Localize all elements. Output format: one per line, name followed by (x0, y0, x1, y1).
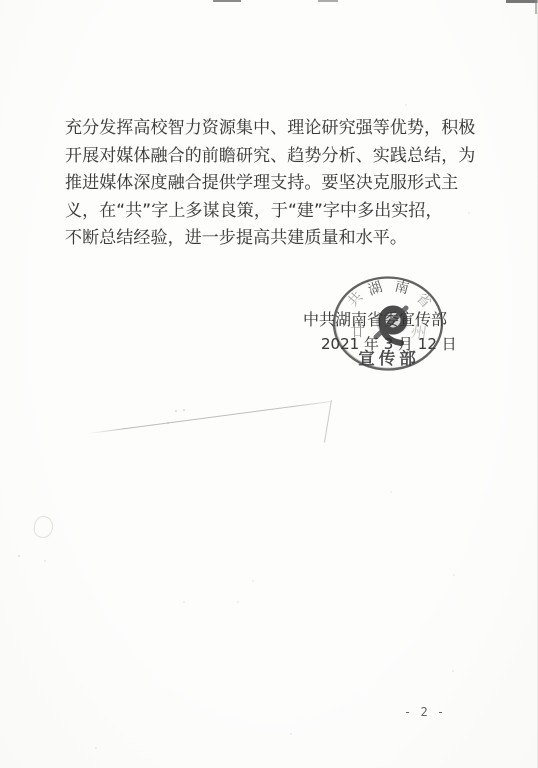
body-text-line: 不断总结经验，进一步提高共建质量和水平。 (65, 225, 477, 253)
scan-speck (290, 733, 292, 735)
scan-speck (453, 574, 455, 576)
body-text-line: 开展对媒体融合的前瞻研究、趋势分析、实践总结，为 (65, 143, 477, 171)
scan-speck (175, 410, 177, 412)
seal-arc-char: 省 (413, 289, 435, 311)
official-seal-stamp: 共 湖 南 省 廿 州 宣传部 (331, 275, 447, 373)
seal-left-smudge-mark: 廿 (350, 322, 365, 340)
scan-speck (183, 601, 185, 603)
scan-speck (405, 104, 407, 106)
scan-speck (452, 670, 454, 672)
body-text-line: 义，在“共”字上多谋良策，于“建”字中多出实招， (65, 198, 477, 226)
scan-speck (390, 491, 392, 493)
hammer-sickle-emblem (376, 308, 408, 343)
scan-speck (95, 747, 97, 749)
scan-edge-mark (535, 0, 537, 14)
scan-edge-mark (506, 0, 538, 3)
seal-arc-char: 南 (393, 278, 411, 298)
scanned-document-page: 充分发挥高校智力资源集中、理论研究强等优势，积极 开展对媒体融合的前瞻研究、趋势… (0, 0, 538, 768)
scan-speck (237, 601, 239, 603)
seal-arc-char: 湖 (366, 279, 385, 299)
scan-smudge (32, 514, 56, 540)
scan-edge-line (537, 0, 538, 768)
scan-speck (167, 422, 169, 424)
scan-speck (252, 580, 254, 582)
scan-crease-line (324, 400, 332, 443)
seal-bottom-text: 宣传部 (358, 348, 420, 368)
seal-right-smudge-mark: 州 (410, 322, 429, 343)
scan-crease-line (88, 401, 331, 434)
scan-edge-mark (318, 0, 338, 2)
scan-speck (183, 409, 185, 411)
scan-edge-mark (213, 0, 241, 2)
page-number: - 2 - (404, 705, 445, 719)
body-text-line: 推进媒体深度融合提供学理支持。要坚决克服形式主 (65, 170, 477, 198)
body-text-line: 充分发挥高校智力资源集中、理论研究强等优势，积极 (65, 115, 477, 143)
body-paragraph: 充分发挥高校智力资源集中、理论研究强等优势，积极 开展对媒体融合的前瞻研究、趋势… (65, 115, 477, 253)
scan-speck (44, 560, 46, 562)
scan-speck (18, 555, 20, 557)
